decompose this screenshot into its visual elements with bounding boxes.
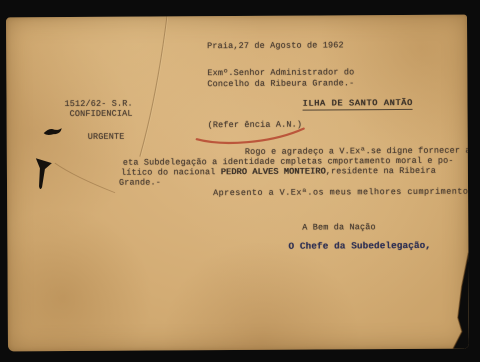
- scan-background: Praia,27 de Agosto de 1962 Exmº.Senhor A…: [0, 0, 480, 362]
- classification-label: CONFIDENCIAL: [70, 109, 133, 119]
- recipient-line-1: Exmº.Senhor Administrador do: [207, 67, 354, 78]
- signature-title: O Chefe da Subedelegação,: [288, 241, 431, 252]
- subject-name: PEDRO ALVES MONTEIRO: [221, 166, 326, 177]
- body-line-3-prefix: lítico do nacional: [121, 167, 221, 178]
- body-line-3-suffix: ,residente na Ribeira: [326, 166, 436, 177]
- valediction: A Bem da Nação: [302, 222, 376, 232]
- reference-note: (Refer ência A.N.): [208, 120, 303, 131]
- red-pen-underline: [197, 129, 304, 144]
- ink-blot-upper: [44, 128, 62, 135]
- fold-crease-line: [139, 16, 168, 156]
- torn-edge-shadow: [452, 253, 469, 349]
- closing-line: Apresento a V.Exª.os meus melhores cumpr…: [213, 187, 469, 199]
- urgency-label: URGENTE: [88, 132, 125, 142]
- recipient-line-2: Concelho da Ribeura Grande.-: [207, 78, 354, 89]
- date-line: Praia,27 de Agosto de 1962: [207, 40, 344, 51]
- torn-edge: [452, 253, 469, 349]
- body-line-3: lítico do nacional PEDRO ALVES MONTEIRO,…: [121, 166, 436, 178]
- paper-marks-overlay: [6, 15, 469, 352]
- document-paper: Praia,27 de Agosto de 1962 Exmº.Senhor A…: [6, 15, 469, 352]
- body-line-4: Grande.-: [119, 177, 161, 187]
- region-heading: ILHA DE SANTO ANTÃO: [302, 98, 412, 111]
- ink-blot-lower: [36, 158, 52, 189]
- fold-crease-highlight: [140, 16, 169, 156]
- small-crease-line: [55, 163, 115, 193]
- paper-texture: [6, 15, 469, 352]
- reference-number: 1512/62- S.R.: [64, 99, 132, 109]
